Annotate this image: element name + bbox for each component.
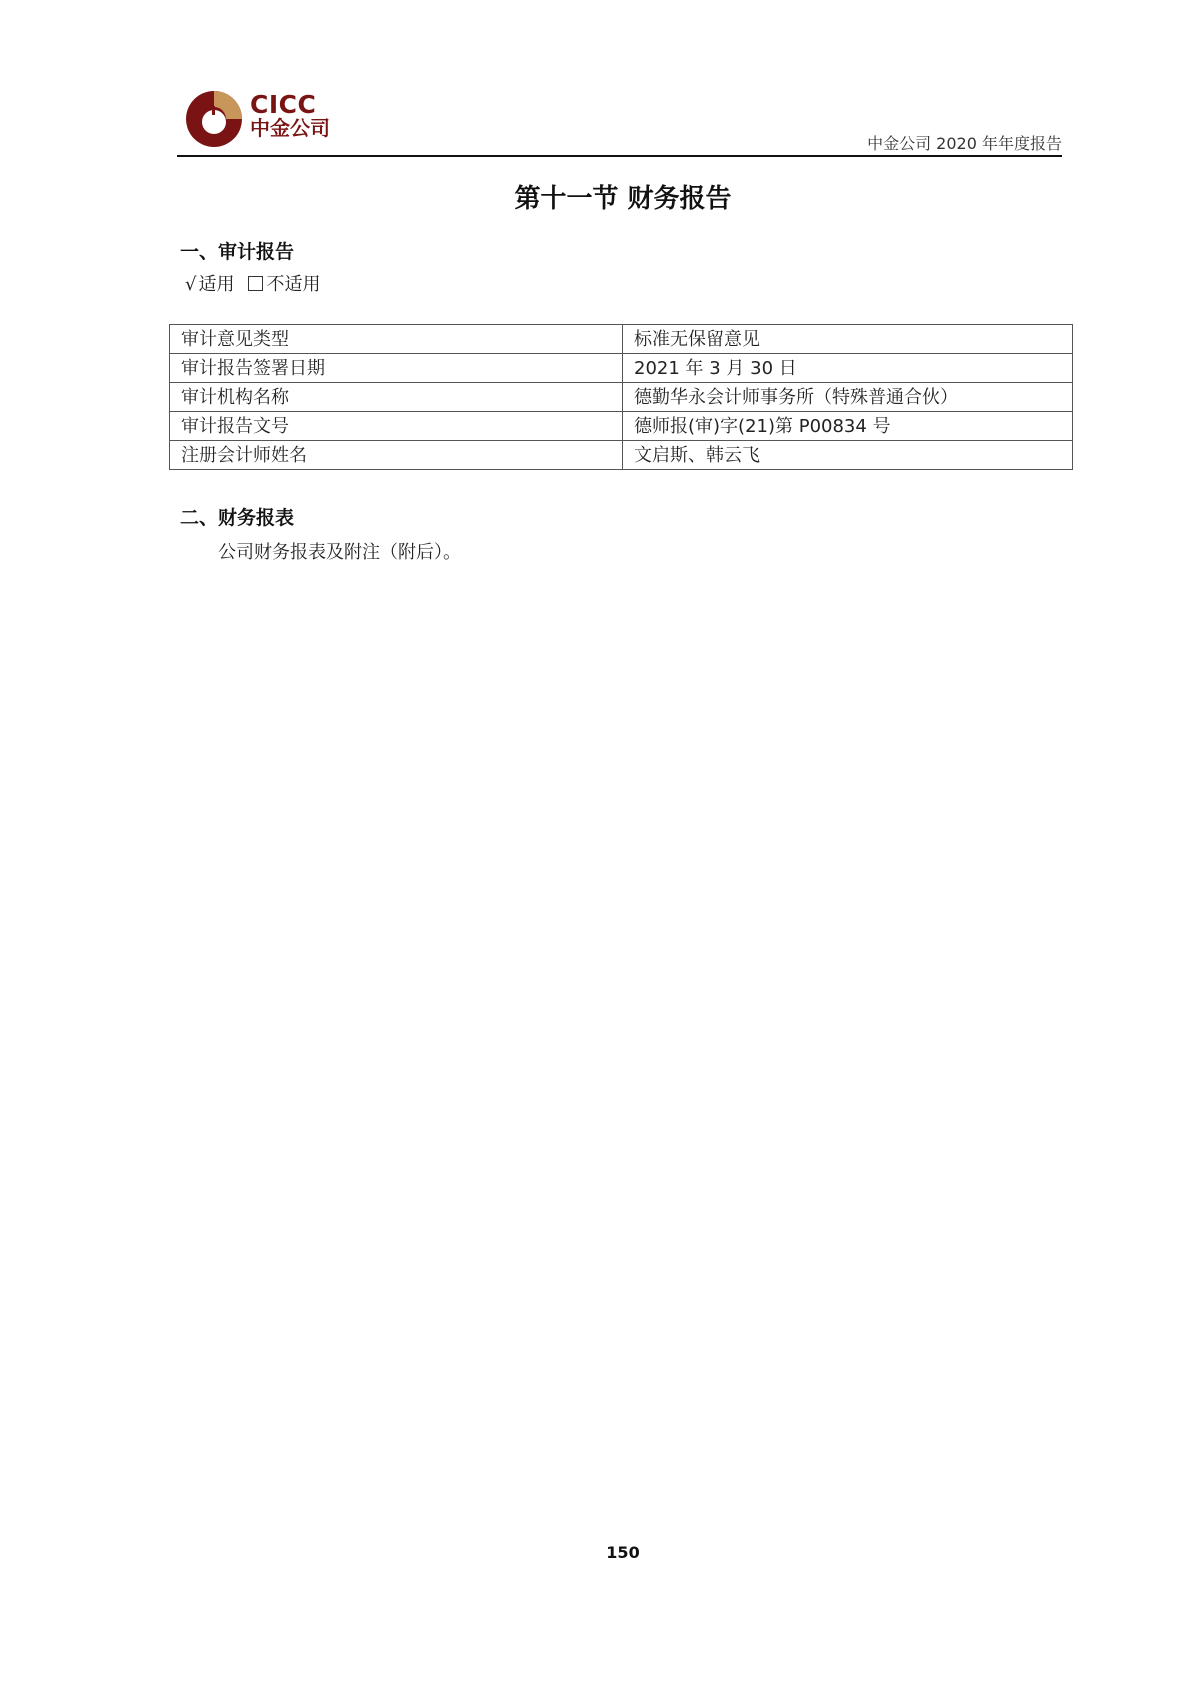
cpa-names-label: 注册会计师姓名 — [170, 441, 623, 470]
applicability-options: √适用不适用 — [185, 270, 320, 296]
applicable-label: 适用 — [198, 270, 234, 296]
audit-opinion-type-label: 审计意见类型 — [170, 325, 623, 354]
cicc-logo-icon — [184, 89, 244, 149]
report-number-label: 审计报告文号 — [170, 412, 623, 441]
table-row: 审计报告签署日期 2021 年 3 月 30 日 — [170, 354, 1073, 383]
cpa-names-value: 文启斯、韩云飞 — [623, 441, 1073, 470]
financial-statements-note: 公司财务报表及附注（附后）。 — [218, 538, 461, 564]
signing-date-label: 审计报告签署日期 — [170, 354, 623, 383]
audit-firm-label: 审计机构名称 — [170, 383, 623, 412]
table-row: 注册会计师姓名 文启斯、韩云飞 — [170, 441, 1073, 470]
header-divider — [177, 155, 1062, 157]
not-applicable-label: 不适用 — [266, 270, 320, 296]
checkmark-icon: √ — [185, 274, 196, 295]
logo-wordmark: CICC 中金公司 — [250, 93, 330, 139]
table-row: 审计意见类型 标准无保留意见 — [170, 325, 1073, 354]
signing-date-value: 2021 年 3 月 30 日 — [623, 354, 1073, 383]
table-row: 审计报告文号 德师报(审)字(21)第 P00834 号 — [170, 412, 1073, 441]
report-header-title: 中金公司 2020 年年度报告 — [867, 131, 1062, 154]
logo-text-en: CICC — [250, 93, 330, 117]
page-number: 150 — [0, 1543, 1190, 1562]
audit-opinion-type-value: 标准无保留意见 — [623, 325, 1073, 354]
section-heading-audit-report: 一、审计报告 — [180, 237, 294, 264]
section-heading-financial-statements: 二、财务报表 — [180, 503, 294, 530]
logo-text-cn: 中金公司 — [250, 117, 330, 139]
page-title: 第十一节 财务报告 — [0, 178, 1190, 215]
empty-checkbox-icon — [248, 276, 263, 291]
table-row: 审计机构名称 德勤华永会计师事务所（特殊普通合伙） — [170, 383, 1073, 412]
audit-info-table: 审计意见类型 标准无保留意见 审计报告签署日期 2021 年 3 月 30 日 … — [169, 324, 1073, 470]
report-number-value: 德师报(审)字(21)第 P00834 号 — [623, 412, 1073, 441]
audit-firm-value: 德勤华永会计师事务所（特殊普通合伙） — [623, 383, 1073, 412]
